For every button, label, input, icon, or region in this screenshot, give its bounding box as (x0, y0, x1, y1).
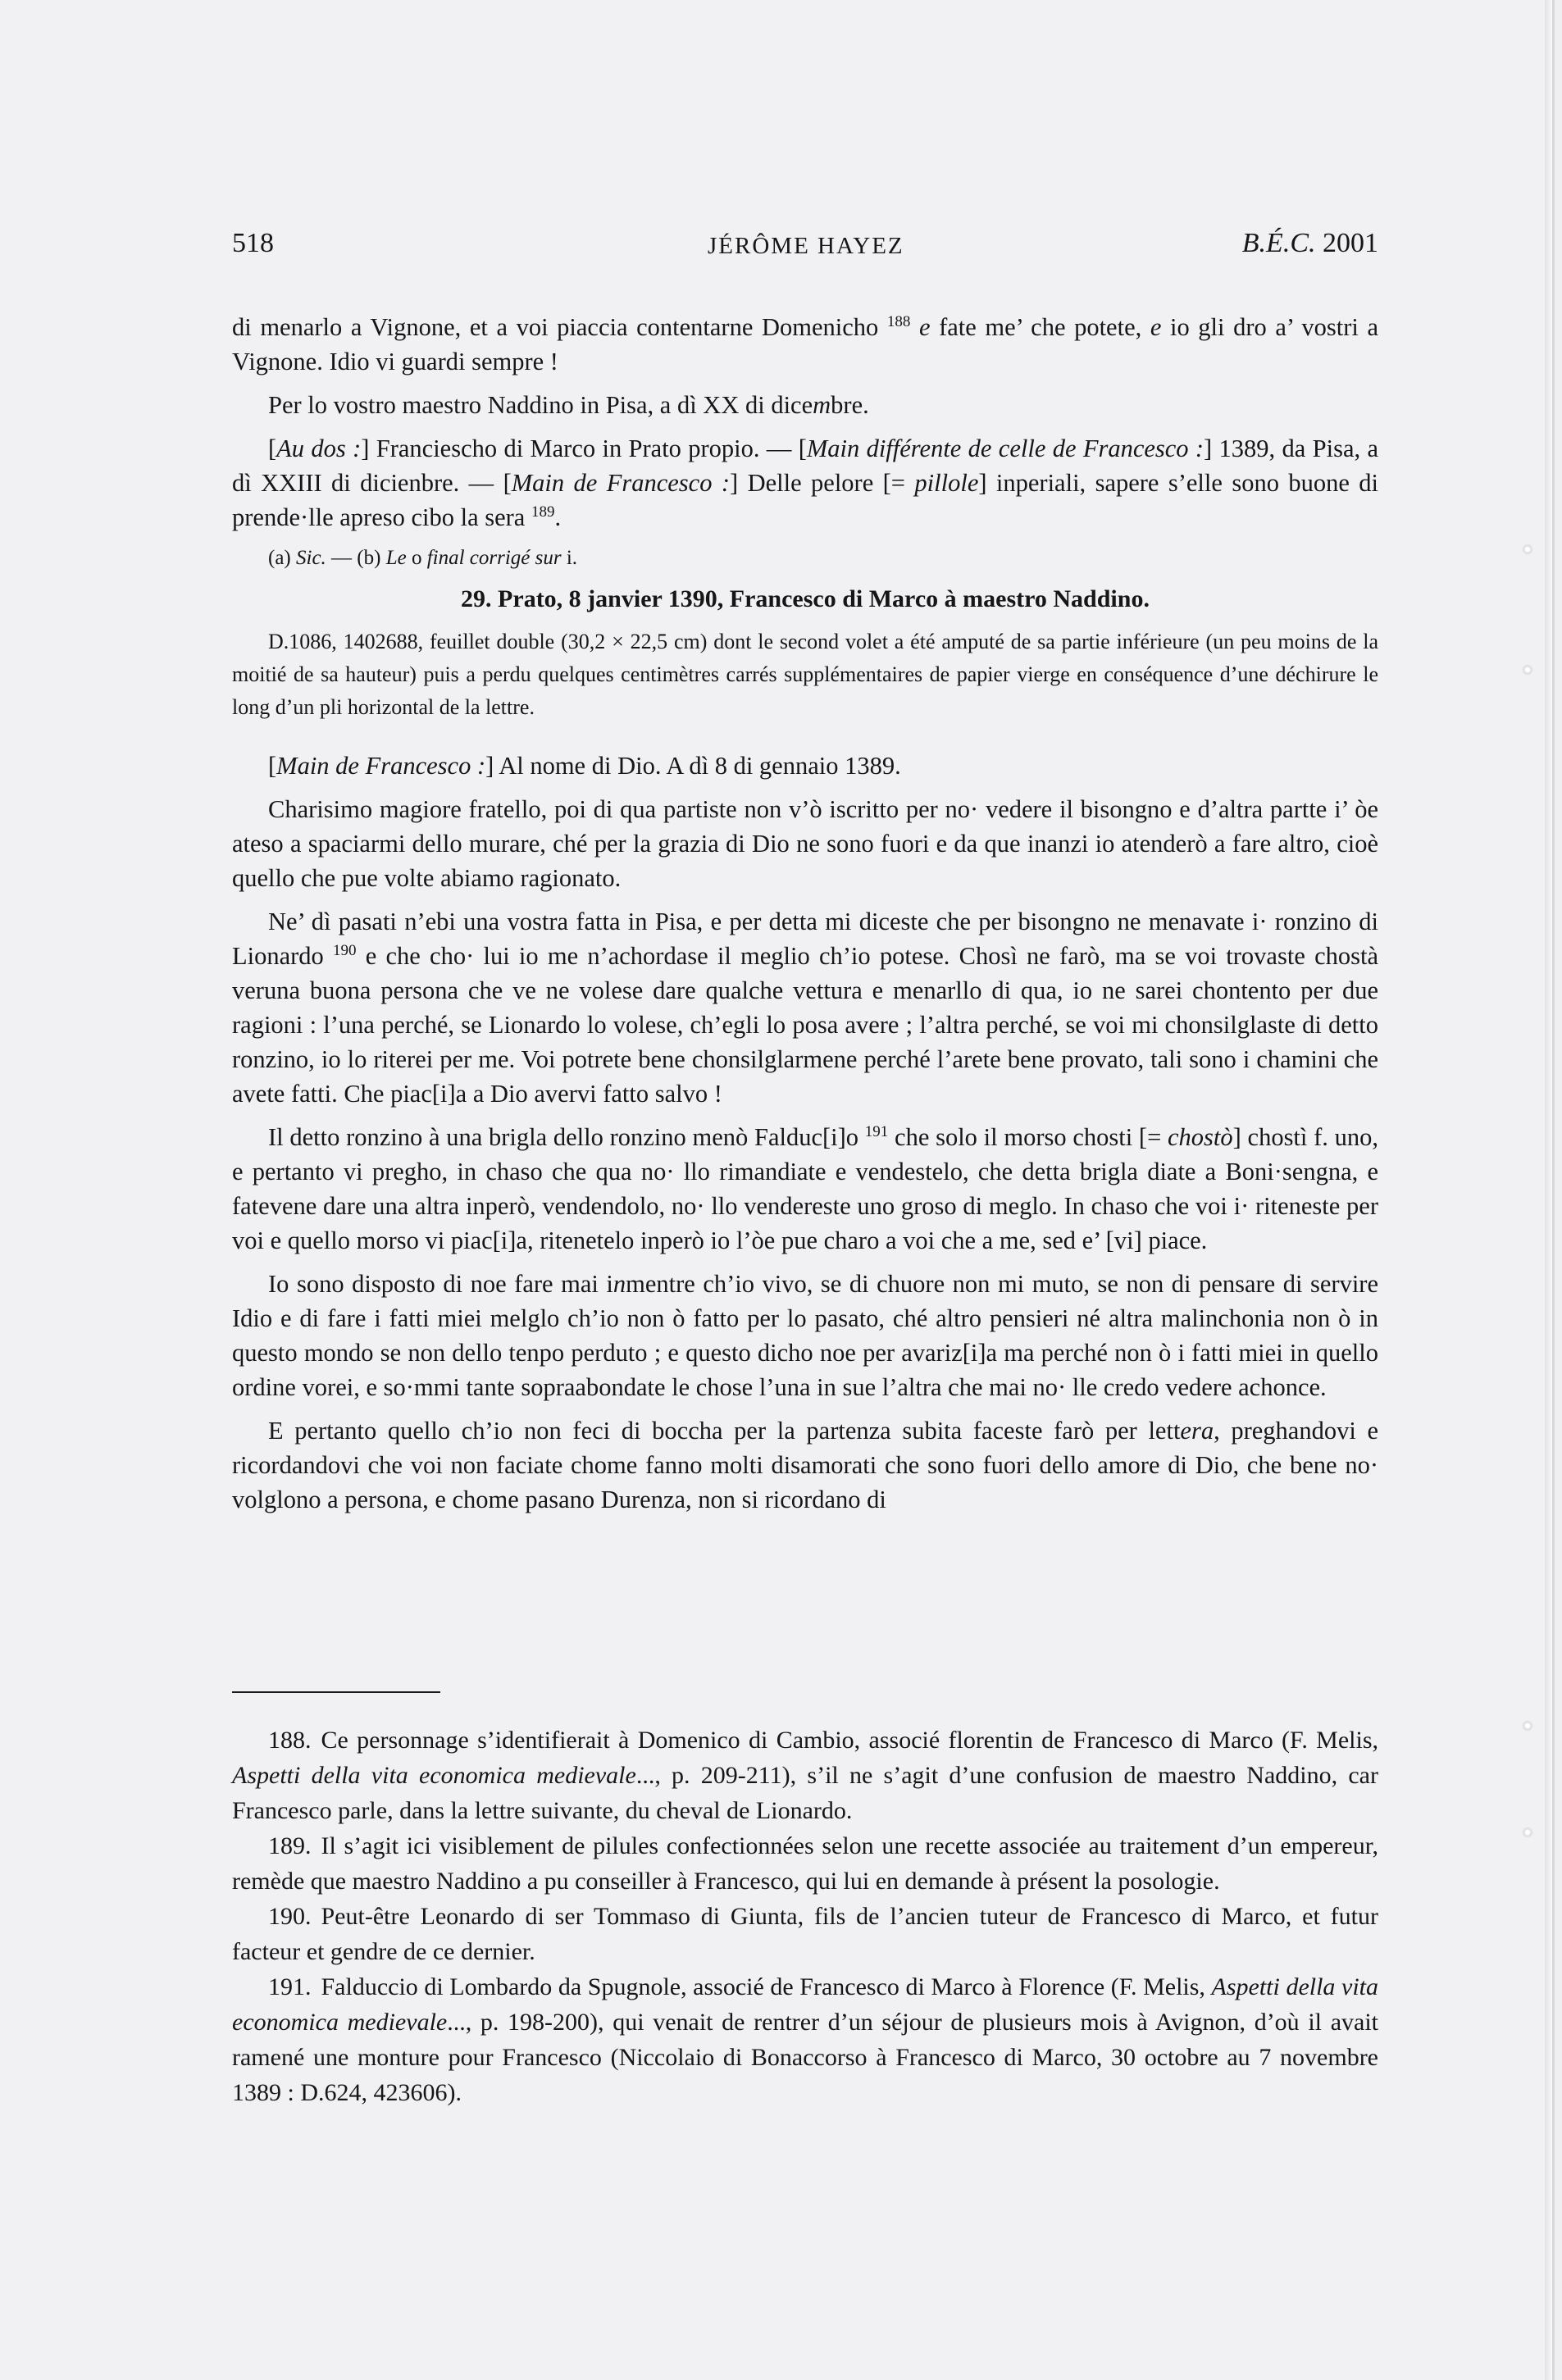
journal-abbrev: B.É.C. (1242, 228, 1316, 258)
letter-continuation: di menarlo a Vignone, et a voi piaccia c… (232, 310, 1378, 379)
critical-notes: (a) Sic. — (b) Le o final corrigé sur i. (232, 544, 1378, 573)
footnote-189: 189.Il s’agit ici visiblement de pilules… (232, 1828, 1378, 1899)
footnote-ref[interactable]: 188 (887, 313, 911, 330)
text-run: [ (268, 752, 276, 780)
binding-hole-icon (1523, 1828, 1532, 1836)
italic-run: pillole (914, 469, 978, 497)
text-run: fate me’ che potete, (931, 313, 1150, 341)
italic-run: m (813, 391, 831, 419)
binding-hole-icon (1523, 1722, 1532, 1730)
footnote-190: 190.Peut-être Leonardo di ser Tommaso di… (232, 1899, 1378, 1969)
text-run: e che cho· lui io me n’achordase il megl… (232, 942, 1378, 1108)
text-run: ] Delle pelore [= (730, 469, 914, 497)
italic-run: Main de Francesco : (276, 752, 485, 780)
journal-reference: B.É.C. 2001 (1242, 228, 1378, 259)
text-run: Io sono disposto di noe fare mai i (268, 1270, 613, 1298)
page-edge (1545, 0, 1552, 2380)
page-scan: 518 JÉRÔME HAYEZ B.É.C. 2001 di menarlo … (0, 0, 1555, 2380)
text-run: o (407, 547, 427, 569)
italic-run: Sic. (296, 547, 326, 569)
italic-run: final corrigé sur (427, 547, 562, 569)
text-run: (a) (268, 547, 296, 569)
letter-paragraph: Io sono disposto di noe fare mai inmentr… (232, 1267, 1378, 1404)
document-description: D.1086, 1402688, feuillet double (30,2 ×… (232, 626, 1378, 724)
italic-run: e (1150, 313, 1162, 341)
footnote-ref[interactable]: 189 (531, 503, 555, 521)
letter-paragraph: Il detto ronzino à una brigla dello ronz… (232, 1120, 1378, 1258)
letter-paragraph: Charisimo magiore fratello, poi di qua p… (232, 792, 1378, 895)
letter-address: Per lo vostro maestro Naddino in Pisa, a… (232, 388, 1378, 422)
italic-run: Aspetti della vita economica medievale (232, 1762, 636, 1789)
footnote-number: 188. (268, 1727, 312, 1754)
text-run: E pertanto quello ch’io non feci di bocc… (268, 1417, 1180, 1445)
footnote-separator (232, 1691, 440, 1693)
letter-paragraph: Ne’ dì pasati n’ebi una vostra fatta in … (232, 904, 1378, 1111)
footnote-ref[interactable]: 191 (865, 1123, 889, 1140)
footnote-number: 190. (268, 1903, 312, 1930)
page-number: 518 (232, 228, 274, 259)
text-run: Il s’agit ici visiblement de pilules con… (232, 1832, 1378, 1895)
italic-run: Main différente de celle de Francesco : (807, 435, 1204, 462)
italic-run: e (919, 313, 931, 341)
journal-year: 2001 (1323, 228, 1378, 258)
text-run: [ (268, 435, 276, 462)
letter-paragraph: E pertanto quello ch’io non feci di bocc… (232, 1413, 1378, 1517)
footnote-188: 188.Ce personnage s’identifierait à Dome… (232, 1722, 1378, 1828)
text-run: di menarlo a Vignone, et a voi piaccia c… (232, 313, 887, 341)
italic-run: Le (386, 547, 407, 569)
text-run (910, 313, 919, 341)
footnote-number: 191. (268, 1973, 312, 2000)
text-run: Falduccio di Lombardo da Spugnole, assoc… (321, 1973, 1212, 2000)
letter-heading: [Main de Francesco :] Al nome di Dio. A … (232, 749, 1378, 783)
text-run: che solo il morso chosti [= (888, 1123, 1168, 1151)
text-run: Ce personnage s’identifierait à Domenico… (321, 1727, 1379, 1754)
running-author: JÉRÔME HAYEZ (708, 233, 904, 260)
italic-run: n (613, 1270, 626, 1298)
footnote-number: 189. (268, 1832, 312, 1859)
section-title: 29. Prato, 8 janvier 1390, Francesco di … (232, 582, 1378, 617)
italic-run: Au dos : (276, 435, 361, 462)
text-run: ] Al nome di Dio. A dì 8 di gennaio 1389… (485, 752, 901, 780)
text-run: bre. (831, 391, 869, 419)
footnote-ref[interactable]: 190 (333, 942, 357, 959)
text-run: Il detto ronzino à una brigla dello ronz… (268, 1123, 865, 1151)
text-run: i. (562, 547, 577, 569)
dorse-note: [Au dos :] Franciescho di Marco in Prato… (232, 431, 1378, 535)
italic-run: chostò (1168, 1123, 1233, 1151)
binding-hole-icon (1523, 666, 1532, 674)
main-text: di menarlo a Vignone, et a voi piaccia c… (232, 310, 1378, 1526)
text-run: . (554, 503, 561, 531)
italic-run: era (1180, 1417, 1214, 1445)
text-run: Per lo vostro maestro Naddino in Pisa, a… (268, 391, 813, 419)
text-run: ] Franciescho di Marco in Prato propio. … (361, 435, 807, 462)
binding-hole-icon (1523, 545, 1532, 553)
text-run: — (b) (326, 547, 386, 569)
running-header: 518 JÉRÔME HAYEZ B.É.C. 2001 (232, 228, 1378, 261)
text-run: Peut-être Leonardo di ser Tommaso di Giu… (232, 1903, 1378, 1965)
footnotes: 188.Ce personnage s’identifierait à Dome… (232, 1722, 1378, 2110)
italic-run: Main de Francesco : (512, 469, 730, 497)
footnote-191: 191.Falduccio di Lombardo da Spugnole, a… (232, 1969, 1378, 2110)
